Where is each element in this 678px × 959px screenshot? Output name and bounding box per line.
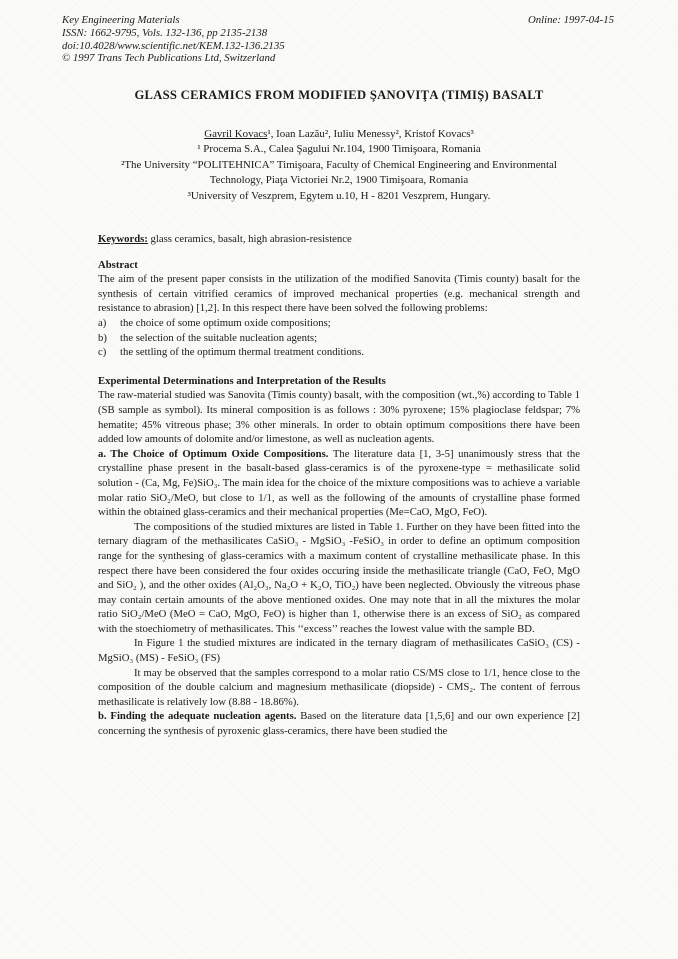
paragraph: The raw-material studied was Sanovita (T… bbox=[98, 388, 580, 446]
paragraph-text: The compositions of the studied mixtures… bbox=[98, 521, 580, 635]
paragraph: The compositions of the studied mixtures… bbox=[98, 520, 580, 637]
body-column: Keywords: glass ceramics, basalt, high a… bbox=[98, 232, 580, 739]
keywords-line: Keywords: glass ceramics, basalt, high a… bbox=[98, 232, 580, 247]
paragraph: a. The Choice of Optimum Oxide Compositi… bbox=[98, 447, 580, 520]
list-marker: a) bbox=[98, 316, 120, 331]
keywords-label: Keywords: bbox=[98, 233, 148, 245]
list-item-text: the selection of the suitable nucleation… bbox=[120, 331, 317, 346]
paragraph: In Figure 1 the studied mixtures are ind… bbox=[98, 636, 580, 665]
copyright-line: © 1997 Trans Tech Publications Ltd, Swit… bbox=[62, 52, 614, 65]
list-item: c) the settling of the optimum thermal t… bbox=[98, 345, 580, 360]
keywords-text: glass ceramics, basalt, high abrasion-re… bbox=[148, 233, 352, 245]
online-date: Online: 1997-04-15 bbox=[528, 14, 614, 27]
abstract-paragraph: The aim of the present paper consists in… bbox=[98, 272, 580, 316]
author-lead: Gavril Kovacs bbox=[204, 128, 267, 140]
results-section: Experimental Determinations and Interpre… bbox=[98, 374, 580, 739]
paragraph-text: It may be observed that the samples corr… bbox=[98, 667, 580, 708]
paragraph: It may be observed that the samples corr… bbox=[98, 666, 580, 710]
authors-block: Gavril Kovacs¹, Ioan Lazău², Iuliu Menes… bbox=[0, 127, 678, 204]
issn-line: ISSN: 1662-9795, Vols. 132-136, pp 2135-… bbox=[62, 27, 614, 40]
affiliation-3: ³University of Veszprem, Egytem u.10, H … bbox=[0, 189, 678, 204]
affiliation-1: ¹ Procema S.A., Calea Şagului Nr.104, 19… bbox=[0, 142, 678, 157]
authors-line: Gavril Kovacs¹, Ioan Lazău², Iuliu Menes… bbox=[0, 127, 678, 142]
authors-rest: , Ioan Lazău², Iuliu Menessy², Kristof K… bbox=[271, 128, 474, 140]
abstract-section: Abstract The aim of the present paper co… bbox=[98, 258, 580, 360]
doi-line: doi:10.4028/www.scientific.net/KEM.132-1… bbox=[62, 40, 614, 53]
section-heading: Experimental Determinations and Interpre… bbox=[98, 374, 580, 389]
abstract-list: a) the choice of some optimum oxide comp… bbox=[98, 316, 580, 360]
list-marker: b) bbox=[98, 331, 120, 346]
paragraph-text: The raw-material studied was Sanovita (T… bbox=[98, 389, 580, 445]
paper-page: Key Engineering Materials ISSN: 1662-979… bbox=[0, 0, 678, 959]
list-marker: c) bbox=[98, 345, 120, 360]
paragraph-lead: b. Finding the adequate nucleation agent… bbox=[98, 710, 296, 722]
paragraph: b. Finding the adequate nucleation agent… bbox=[98, 709, 580, 738]
affiliation-2: ²The University “POLITEHNICA” Timişoara,… bbox=[104, 158, 574, 189]
list-item-text: the choice of some optimum oxide composi… bbox=[120, 316, 331, 331]
paragraph-text: In Figure 1 the studied mixtures are ind… bbox=[98, 637, 580, 664]
paragraph-lead: a. The Choice of Optimum Oxide Compositi… bbox=[98, 448, 328, 460]
journal-header: Key Engineering Materials ISSN: 1662-979… bbox=[62, 14, 614, 65]
list-item: a) the choice of some optimum oxide comp… bbox=[98, 316, 580, 331]
list-item: b) the selection of the suitable nucleat… bbox=[98, 331, 580, 346]
list-item-text: the settling of the optimum thermal trea… bbox=[120, 345, 364, 360]
abstract-heading: Abstract bbox=[98, 258, 580, 273]
